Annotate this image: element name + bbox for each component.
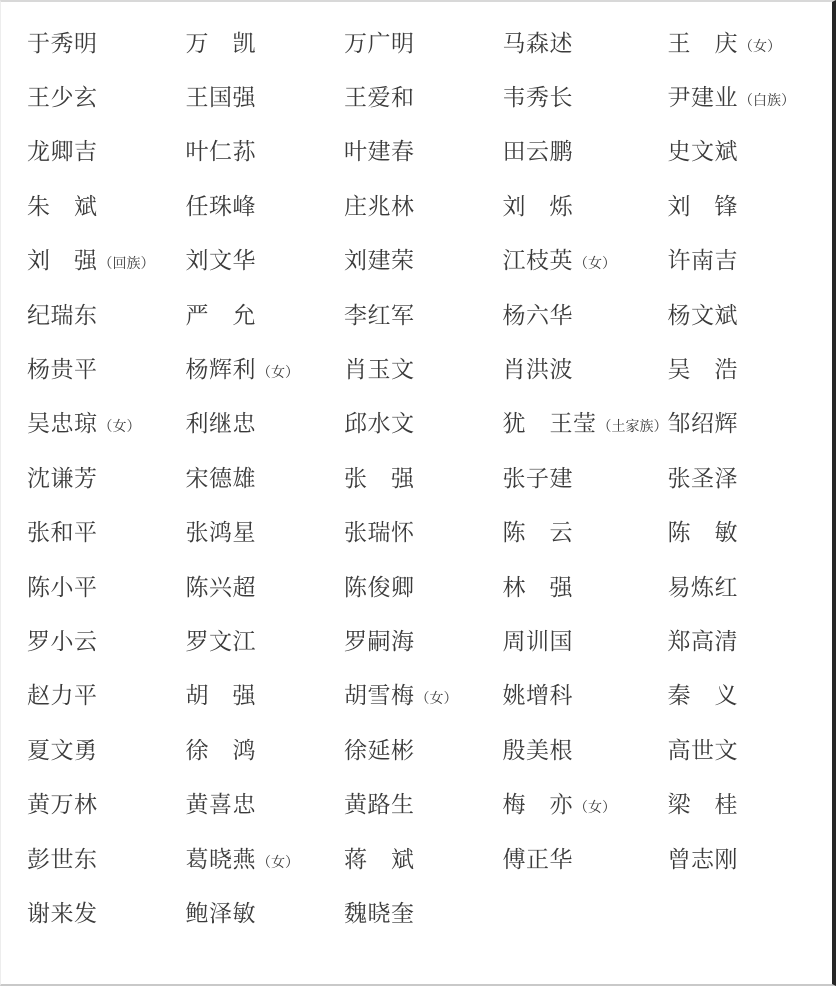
name-cell: 葛晓燕（女） (186, 841, 345, 874)
name-cell: 张瑞怀 (344, 514, 503, 547)
name-cell: 肖玉文 (344, 351, 503, 384)
name-cell: 黄万林 (27, 786, 186, 819)
person-name: 万 凯 (186, 31, 257, 56)
person-note: （女） (99, 420, 141, 435)
name-cell: 胡雪梅（女） (344, 677, 503, 710)
person-name: 肖玉文 (344, 357, 415, 382)
name-cell: 梁 桂 (668, 786, 827, 819)
person-name: 龙卿吉 (27, 139, 98, 164)
name-cell: 犹 王莹（土家族） (503, 405, 668, 438)
document-page: 于秀明万 凯万广明马森述王 庆（女）王少玄王国强王爱和韦秀长尹建业（白族）龙卿吉… (0, 0, 836, 986)
person-name: 夏文勇 (27, 738, 98, 763)
name-cell: 沈谦芳 (27, 460, 186, 493)
person-name: 刘 烁 (503, 194, 574, 219)
person-name: 葛晓燕 (186, 847, 257, 872)
name-cell: 秦 义 (668, 677, 827, 710)
person-name: 王 庆 (668, 31, 739, 56)
person-name: 陈小平 (27, 575, 98, 600)
person-name: 张圣泽 (668, 466, 739, 491)
name-cell: 韦秀长 (503, 79, 668, 112)
name-cell: 陈兴超 (186, 569, 345, 602)
name-cell: 黄路生 (344, 786, 503, 819)
person-name: 犹 王莹 (503, 411, 597, 436)
person-name: 姚增科 (503, 683, 574, 708)
name-grid: 于秀明万 凯万广明马森述王 庆（女）王少玄王国强王爱和韦秀长尹建业（白族）龙卿吉… (27, 14, 826, 939)
name-cell: 徐 鸿 (186, 732, 345, 765)
person-note: （白族） (739, 94, 795, 109)
person-name: 纪瑞东 (27, 303, 98, 328)
name-cell: 王国强 (186, 79, 345, 112)
name-cell: 张和平 (27, 514, 186, 547)
person-name: 沈谦芳 (27, 466, 98, 491)
name-cell: 黄喜忠 (186, 786, 345, 819)
person-name: 胡 强 (186, 683, 257, 708)
person-name: 杨贵平 (27, 357, 98, 382)
person-name: 徐延彬 (344, 738, 415, 763)
person-name: 邹绍辉 (668, 411, 739, 436)
person-name: 严 允 (186, 303, 257, 328)
person-name: 赵力平 (27, 683, 98, 708)
name-cell: 陈俊卿 (344, 569, 503, 602)
name-cell: 邱水文 (344, 405, 503, 438)
name-cell: 郑高清 (668, 623, 827, 656)
name-cell: 罗文江 (186, 623, 345, 656)
name-cell: 万 凯 (186, 25, 345, 58)
name-cell: 林 强 (503, 569, 668, 602)
name-cell: 杨六华 (503, 297, 668, 330)
person-name: 张 强 (344, 466, 415, 491)
name-cell: 张圣泽 (668, 460, 827, 493)
person-note: （女） (574, 801, 616, 816)
person-note: （女） (574, 257, 616, 272)
person-name: 周训国 (503, 629, 574, 654)
name-cell: 魏晓奎 (344, 895, 503, 928)
name-cell: 王爱和 (344, 79, 503, 112)
name-cell: 陈小平 (27, 569, 186, 602)
name-cell: 肖洪波 (503, 351, 668, 384)
name-cell: 杨文斌 (668, 297, 827, 330)
person-name: 林 强 (503, 575, 574, 600)
person-name: 韦秀长 (503, 85, 574, 110)
name-cell: 朱 斌 (27, 188, 186, 221)
person-name: 尹建业 (668, 85, 739, 110)
name-cell: 龙卿吉 (27, 133, 186, 166)
name-cell: 杨贵平 (27, 351, 186, 384)
person-name: 杨文斌 (668, 303, 739, 328)
person-name: 梁 桂 (668, 792, 739, 817)
name-cell: 谢来发 (27, 895, 186, 928)
name-cell: 彭世东 (27, 841, 186, 874)
person-name: 王少玄 (27, 85, 98, 110)
person-name: 马森述 (503, 31, 574, 56)
name-cell: 江枝英（女） (503, 242, 668, 275)
person-name: 黄万林 (27, 792, 98, 817)
person-name: 史文斌 (668, 139, 739, 164)
name-cell: 姚增科 (503, 677, 668, 710)
person-name: 傅正华 (503, 847, 574, 872)
name-cell: 吴忠琼（女） (27, 405, 186, 438)
name-cell: 庄兆林 (344, 188, 503, 221)
person-name: 张和平 (27, 520, 98, 545)
name-cell: 罗嗣海 (344, 623, 503, 656)
name-cell: 陈 敏 (668, 514, 827, 547)
person-name: 高世文 (668, 738, 739, 763)
person-name: 杨六华 (503, 303, 574, 328)
person-name: 易炼红 (668, 575, 739, 600)
name-cell: 杨辉利（女） (186, 351, 345, 384)
name-cell: 刘 锋 (668, 188, 827, 221)
person-name: 罗嗣海 (344, 629, 415, 654)
person-name: 叶建春 (344, 139, 415, 164)
name-cell: 赵力平 (27, 677, 186, 710)
person-name: 于秀明 (27, 31, 98, 56)
person-name: 蒋 斌 (344, 847, 415, 872)
person-name: 罗小云 (27, 629, 98, 654)
person-name: 邱水文 (344, 411, 415, 436)
person-name: 梅 亦 (503, 792, 574, 817)
person-name: 黄路生 (344, 792, 415, 817)
person-name: 王国强 (186, 85, 257, 110)
person-name: 张子建 (503, 466, 574, 491)
person-name: 刘文华 (186, 248, 257, 273)
name-cell: 张子建 (503, 460, 668, 493)
person-note: （土家族） (598, 420, 668, 435)
person-note: （女） (257, 366, 299, 381)
name-cell: 殷美根 (503, 732, 668, 765)
name-cell: 刘建荣 (344, 242, 503, 275)
name-cell: 王 庆（女） (668, 25, 827, 58)
person-name: 李红军 (344, 303, 415, 328)
person-name: 刘 锋 (668, 194, 739, 219)
name-cell: 罗小云 (27, 623, 186, 656)
name-cell: 利继忠 (186, 405, 345, 438)
name-cell: 胡 强 (186, 677, 345, 710)
name-cell: 陈 云 (503, 514, 668, 547)
name-cell: 叶仁荪 (186, 133, 345, 166)
name-cell: 张鸿星 (186, 514, 345, 547)
name-cell: 马森述 (503, 25, 668, 58)
person-name: 秦 义 (668, 683, 739, 708)
person-name: 田云鹏 (503, 139, 574, 164)
person-name: 殷美根 (503, 738, 574, 763)
person-name: 谢来发 (27, 901, 98, 926)
person-name: 任珠峰 (186, 194, 257, 219)
name-cell: 叶建春 (344, 133, 503, 166)
person-name: 利继忠 (186, 411, 257, 436)
name-cell: 严 允 (186, 297, 345, 330)
person-name: 罗文江 (186, 629, 257, 654)
person-name: 张鸿星 (186, 520, 257, 545)
person-name: 陈俊卿 (344, 575, 415, 600)
person-name: 黄喜忠 (186, 792, 257, 817)
person-name: 刘 强 (27, 248, 98, 273)
name-cell: 田云鹏 (503, 133, 668, 166)
name-cell: 许南吉 (668, 242, 827, 275)
person-name: 万广明 (344, 31, 415, 56)
name-cell: 张 强 (344, 460, 503, 493)
person-name: 王爱和 (344, 85, 415, 110)
name-cell: 蒋 斌 (344, 841, 503, 874)
name-cell: 刘 强（回族） (27, 242, 186, 275)
name-cell: 尹建业（白族） (668, 79, 827, 112)
person-name: 陈兴超 (186, 575, 257, 600)
name-cell: 宋德雄 (186, 460, 345, 493)
name-cell: 刘文华 (186, 242, 345, 275)
person-name: 肖洪波 (503, 357, 574, 382)
name-cell: 梅 亦（女） (503, 786, 668, 819)
name-cell: 傅正华 (503, 841, 668, 874)
person-name: 刘建荣 (344, 248, 415, 273)
person-name: 叶仁荪 (186, 139, 257, 164)
person-name: 徐 鸿 (186, 738, 257, 763)
name-cell: 万广明 (344, 25, 503, 58)
person-name: 曾志刚 (668, 847, 739, 872)
person-name: 杨辉利 (186, 357, 257, 382)
name-cell: 夏文勇 (27, 732, 186, 765)
name-cell: 刘 烁 (503, 188, 668, 221)
name-cell: 纪瑞东 (27, 297, 186, 330)
name-cell: 于秀明 (27, 25, 186, 58)
person-note: （女） (416, 692, 458, 707)
person-note: （女） (739, 40, 781, 55)
name-cell: 吴 浩 (668, 351, 827, 384)
name-cell: 王少玄 (27, 79, 186, 112)
person-name: 吴忠琼 (27, 411, 98, 436)
name-cell: 周训国 (503, 623, 668, 656)
name-cell: 史文斌 (668, 133, 827, 166)
name-cell: 邹绍辉 (668, 405, 827, 438)
name-cell: 李红军 (344, 297, 503, 330)
person-name: 陈 云 (503, 520, 574, 545)
person-note: （女） (257, 856, 299, 871)
name-cell: 易炼红 (668, 569, 827, 602)
person-name: 郑高清 (668, 629, 739, 654)
person-name: 魏晓奎 (344, 901, 415, 926)
name-cell: 曾志刚 (668, 841, 827, 874)
person-name: 江枝英 (503, 248, 574, 273)
name-cell: 高世文 (668, 732, 827, 765)
person-name: 张瑞怀 (344, 520, 415, 545)
person-name: 彭世东 (27, 847, 98, 872)
person-name: 宋德雄 (186, 466, 257, 491)
person-name: 许南吉 (668, 248, 739, 273)
person-note: （回族） (99, 257, 155, 272)
name-cell: 任珠峰 (186, 188, 345, 221)
person-name: 陈 敏 (668, 520, 739, 545)
person-name: 庄兆林 (344, 194, 415, 219)
name-cell: 徐延彬 (344, 732, 503, 765)
person-name: 吴 浩 (668, 357, 739, 382)
name-cell: 鲍泽敏 (186, 895, 345, 928)
person-name: 朱 斌 (27, 194, 98, 219)
person-name: 胡雪梅 (344, 683, 415, 708)
person-name: 鲍泽敏 (186, 901, 257, 926)
